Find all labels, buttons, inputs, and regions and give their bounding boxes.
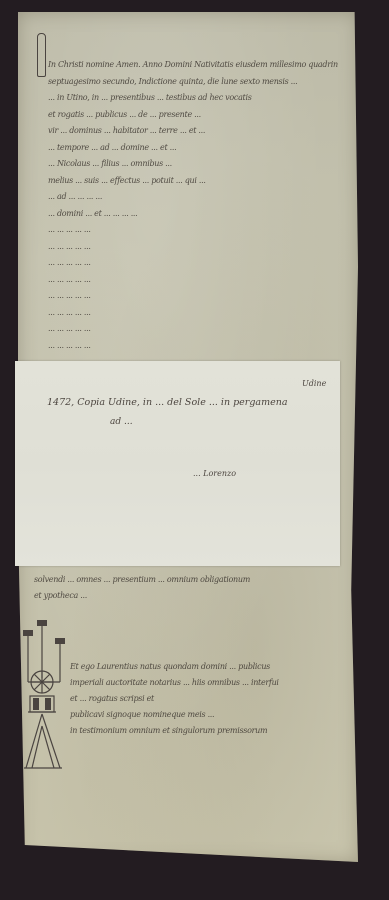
main-text-line: ... ... ... ... ... [48,242,338,252]
main-text-line: ... ... ... ... ... [48,258,338,268]
main-text-line: ... ... ... ... ... [48,225,338,235]
main-text-line: In Christi nomine Amen. Anno Domini Nati… [48,60,338,70]
main-text-line: ... ... ... ... ... [48,275,338,285]
subscription-text-line: imperiali auctoritate notarius ... hiis … [70,678,340,688]
main-text-line: ... ... ... ... ... [48,291,338,301]
continuation-text-line: et ypotheca ... [34,591,334,601]
notarial-sign-icon [22,618,72,778]
pasted-paper-slip: Udine 1472, Copia Udine, in ... del Sole… [15,361,340,566]
decorated-initial-I [37,33,46,77]
main-text-line: ... ... ... ... ... [48,324,338,334]
main-text-line: ... ... ... ... ... [48,341,338,351]
subscription-text-line: et ... rogatus scripsi et [70,694,340,704]
main-text-line: septuagesimo secundo, Indictione quinta,… [48,77,338,87]
main-text-line: vir ... dominus ... habitator ... terre … [48,126,338,136]
slip-signature: ... Lorenzo [193,469,236,478]
main-text-line: ... Nicolaus ... filius ... omnibus ... [48,159,338,169]
subscription-text-line: publicavi signoque nomineque meis ... [70,710,340,720]
main-text-line: ... tempore ... ad ... domine ... et ... [48,143,338,153]
slip-main-note-line1: 1472, Copia Udine, in ... del Sole ... i… [47,397,288,408]
slip-top-right-note: Udine [302,379,326,388]
main-text-line: ... ad ... ... ... ... [48,192,338,202]
main-text-line: ... domini ... et ... ... ... ... [48,209,338,219]
slip-main-note-line2: ad ... [110,417,133,427]
main-text-line: ... in Utino, in ... presentibus ... tes… [48,93,338,103]
main-text-line: et rogatis ... publicus ... de ... prese… [48,110,338,120]
main-text-line: ... ... ... ... ... [48,308,338,318]
continuation-text-line: solvendi ... omnes ... presentium ... om… [34,575,334,585]
main-text-line: melius ... suis ... effectus ... potuit … [48,176,338,186]
subscription-text-line: Et ego Laurentius natus quondam domini .… [70,662,340,672]
subscription-text-line: in testimonium omnium et singulorum prem… [70,726,340,736]
